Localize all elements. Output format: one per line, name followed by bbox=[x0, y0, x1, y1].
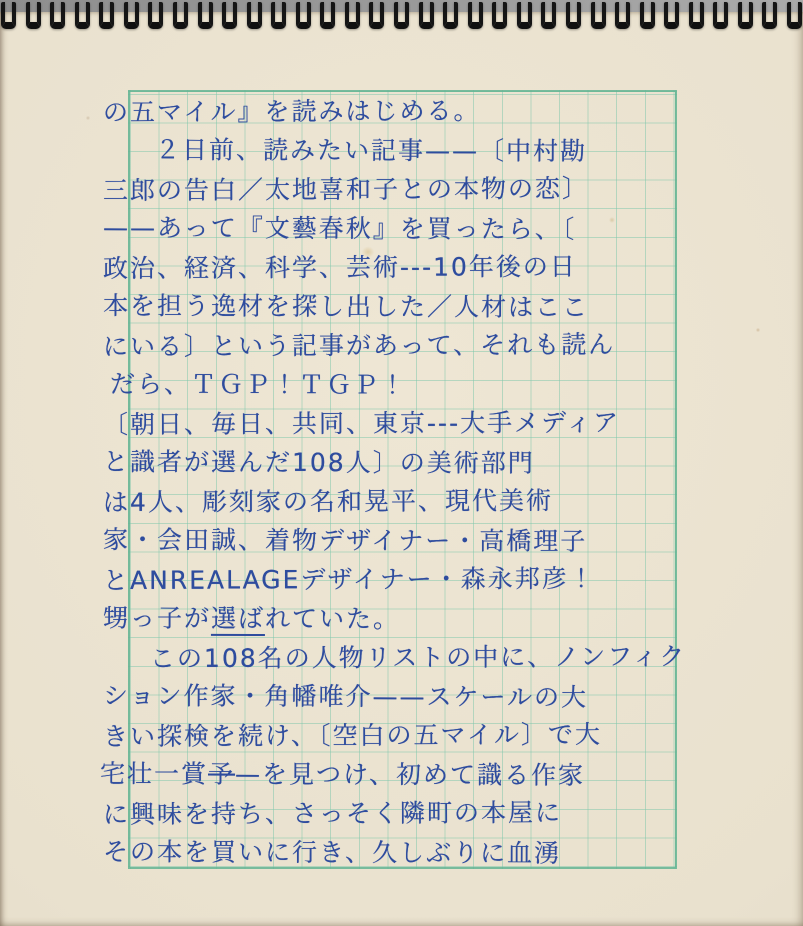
binding-loop-icon bbox=[640, 2, 655, 29]
handwriting-line: 三郎の告白／太地喜和子との本物の恋〕 bbox=[103, 173, 589, 206]
handwriting-line: ２日前、読みたい記事——〔中村勘 bbox=[155, 134, 587, 167]
handwriting-line: に興味を持ち、さっそく隣町の本屋に bbox=[103, 797, 562, 830]
binding-loop-icon bbox=[271, 2, 286, 29]
binding-loop-icon bbox=[615, 2, 630, 29]
binding-loop-icon bbox=[468, 2, 483, 29]
binding-loop-icon bbox=[369, 2, 384, 29]
handwriting-line: 政治、経済、科学、芸術---10年後の日 bbox=[103, 251, 577, 284]
binding-loop-icon bbox=[566, 2, 581, 29]
handwriting-line: の五マイル』を読みはじめる。 bbox=[103, 95, 481, 128]
binding-loop-icon bbox=[50, 2, 65, 29]
binding-loop-icon bbox=[99, 2, 114, 29]
binding-loop-icon bbox=[247, 2, 262, 29]
handwriting-line: 甥っ子が選ばれていた。 bbox=[103, 602, 400, 634]
handwriting-line: は4人、彫刻家の名和晃平、現代美術 bbox=[103, 485, 553, 518]
binding-loop-icon bbox=[443, 2, 458, 29]
handwriting-line: きい探検を続け、〔空白の五マイル〕で大 bbox=[103, 719, 602, 752]
binding-loop-icon bbox=[787, 2, 802, 29]
binding-loop-icon bbox=[591, 2, 606, 29]
binding-loop-icon bbox=[173, 2, 188, 29]
binding-loop-icon bbox=[664, 2, 679, 29]
binding-loop-icon bbox=[296, 2, 311, 29]
binding-loop-icon bbox=[124, 2, 139, 29]
crossed-out-character: 予 bbox=[208, 760, 235, 789]
handwriting-segment: —を見つけ、初めて識る作家 bbox=[235, 760, 585, 790]
handwriting-line: 〔朝日、毎日、共同、東京---大手メディア bbox=[103, 407, 620, 440]
handwriting-line: この108名の人物リストの中に、ノンフィク bbox=[150, 641, 686, 674]
binding-loop-icon bbox=[762, 2, 777, 29]
binding-loop-icon bbox=[26, 2, 41, 29]
handwriting-line: その本を買いに行き、久しぶりに血湧 bbox=[103, 836, 561, 869]
handwriting-line: にいる〕という記事があって、それも読ん bbox=[103, 329, 615, 362]
binding-loop-icon bbox=[738, 2, 753, 29]
underlined-word: 選ば bbox=[211, 604, 265, 636]
binding-loop-icon bbox=[320, 2, 335, 29]
binding-loop-icon bbox=[689, 2, 704, 29]
handwriting-segment: 甥っ子が bbox=[103, 603, 211, 632]
handwriting-line: ——あって『文藝春秋』を買ったら、〔 bbox=[103, 212, 576, 245]
binding-loop-icon bbox=[198, 2, 213, 29]
handwriting-line: 本を担う逸材を探し出した／人材はここ bbox=[103, 290, 589, 323]
binding-loop-icon bbox=[419, 2, 434, 29]
handwriting-line: とANREALAGEデザイナー・森永邦彦！ bbox=[103, 563, 596, 596]
handwriting-line: 家・会田誠、着物デザイナー・高橋理子 bbox=[103, 524, 587, 557]
handwriting-line: 宅壮一賞予—を見つけ、初めて識る作家 bbox=[100, 758, 585, 791]
binding-loop-icon bbox=[517, 2, 532, 29]
handwriting-line: だら、ＴＧＰ！ＴＧＰ！ bbox=[110, 368, 407, 400]
spiral-binding bbox=[1, 2, 802, 32]
handwriting-line: ション作家・角幡唯介——スケールの大 bbox=[103, 680, 588, 713]
binding-loop-icon bbox=[541, 2, 556, 29]
binding-loop-icon bbox=[148, 2, 163, 29]
binding-loop-icon bbox=[75, 2, 90, 29]
binding-loop-icon bbox=[345, 2, 360, 29]
binding-loop-icon bbox=[713, 2, 728, 29]
handwriting-segment: れていた。 bbox=[265, 604, 400, 633]
grid-ruling bbox=[128, 90, 677, 869]
binding-loop-icon bbox=[394, 2, 409, 29]
handwriting-segment: 宅壮一賞 bbox=[100, 759, 208, 788]
binding-loop-icon bbox=[222, 2, 237, 29]
binding-loop-icon bbox=[492, 2, 507, 29]
handwriting-line: と識者が選んだ108人〕の美術部門 bbox=[103, 446, 535, 479]
binding-loop-icon bbox=[1, 2, 16, 29]
